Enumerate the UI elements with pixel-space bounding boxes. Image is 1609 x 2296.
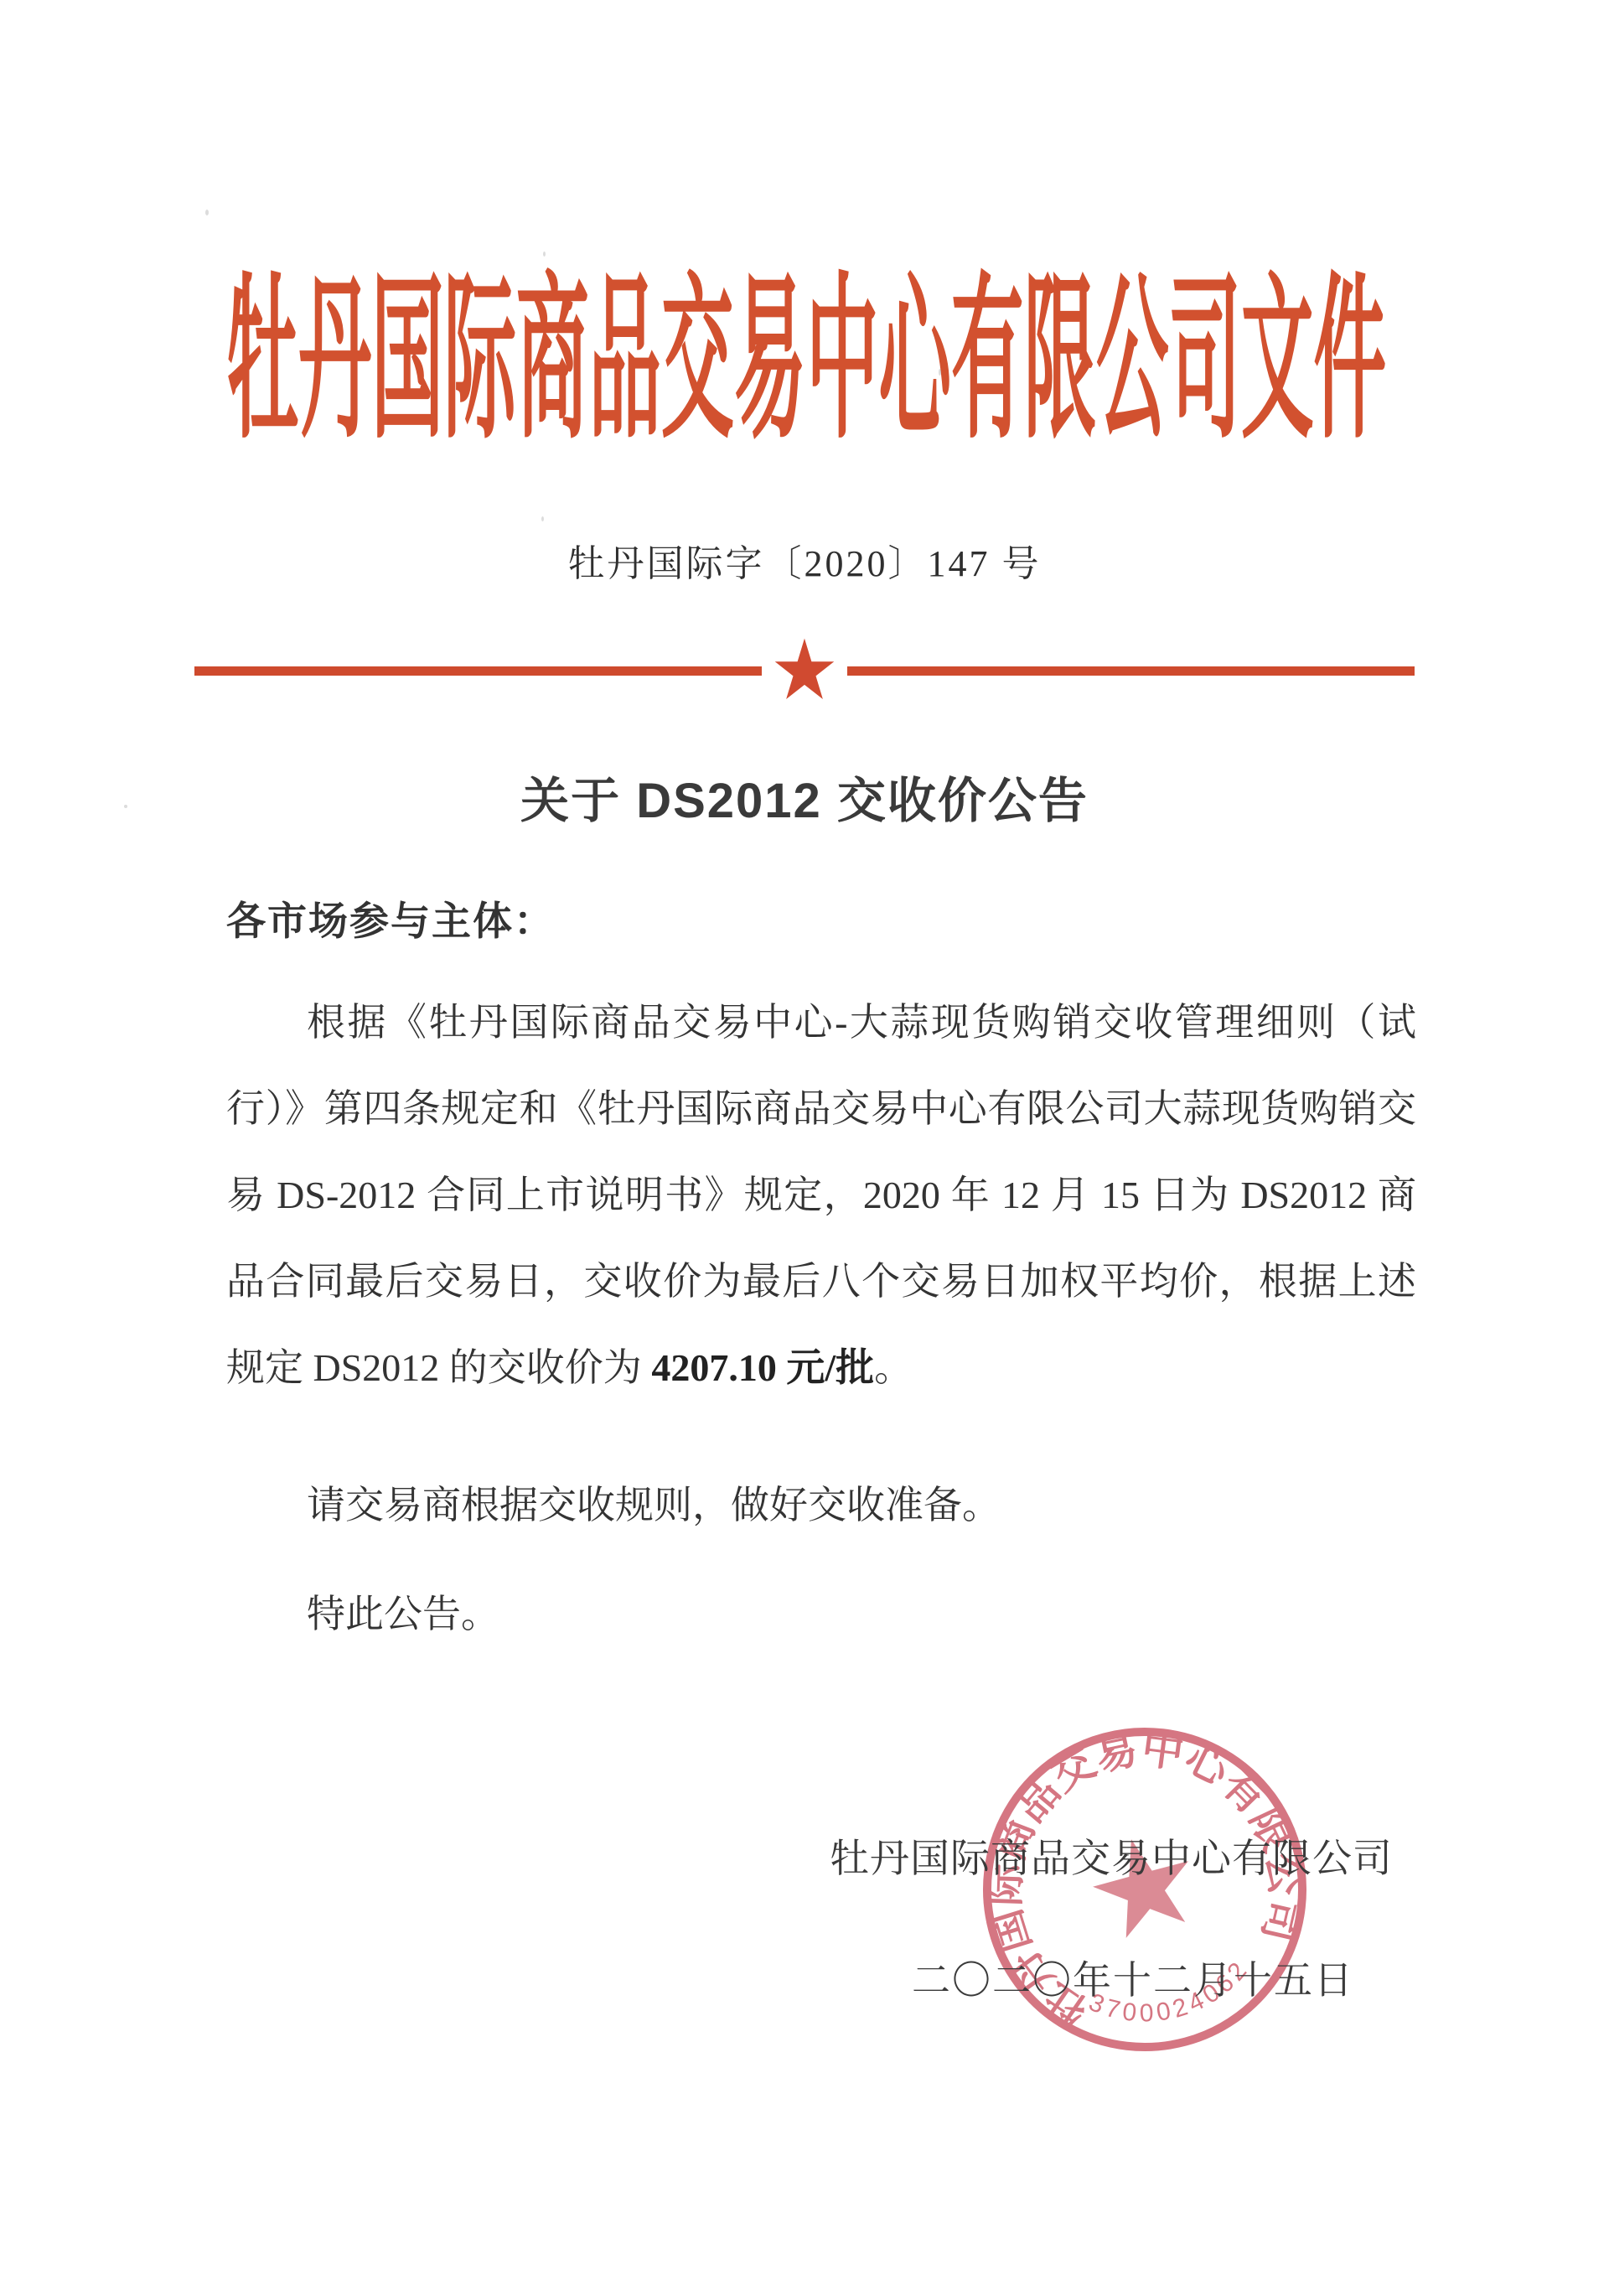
settlement-price: 4207.10 元/批 (651, 1346, 874, 1389)
paragraph-main-text: 根据《牡丹国际商品交易中心-大蒜现货购销交收管理细则（试行）》第四条规定和《牡丹… (226, 1001, 1416, 1389)
divider: ★ (194, 630, 1415, 711)
divider-rule-left (194, 666, 762, 676)
signature-company: 牡丹国际商品交易中心有限公司 (830, 1827, 1393, 1884)
letterhead: 牡丹国际商品交易中心有限公司文件 (226, 256, 1386, 453)
letterhead-svg: 牡丹国际商品交易中心有限公司文件 (226, 256, 1386, 453)
document-title: 关于 DS2012 交收价公告 (0, 761, 1609, 832)
paragraph-main: 根据《牡丹国际商品交易中心-大蒜现货购销交收管理细则（试行）》第四条规定和《牡丹… (226, 979, 1416, 1411)
company-seal: 牡丹国际商品交易中心有限公司 3700024062 (929, 1674, 1360, 2105)
star-icon: ★ (770, 629, 839, 712)
paragraph-prepare: 请交易商根据交收规则，做好交收准备。 (226, 1462, 1416, 1548)
divider-rule-right (847, 666, 1415, 676)
official-document-page: 牡丹国际商品交易中心有限公司文件 牡丹国际字〔2020〕147 号 ★ 关于 D… (0, 0, 1609, 2296)
signature-date: 二〇二〇年十二月十五日 (912, 1950, 1354, 2005)
paragraph-main-period: 。 (874, 1346, 913, 1389)
salutation: 各市场参与主体： (226, 890, 1416, 946)
document-number: 牡丹国际字〔2020〕147 号 (0, 533, 1609, 587)
letterhead-title: 牡丹国际商品交易中心有限公司文件 (226, 260, 1386, 453)
paragraph-closing: 特此公告。 (226, 1571, 1416, 1657)
